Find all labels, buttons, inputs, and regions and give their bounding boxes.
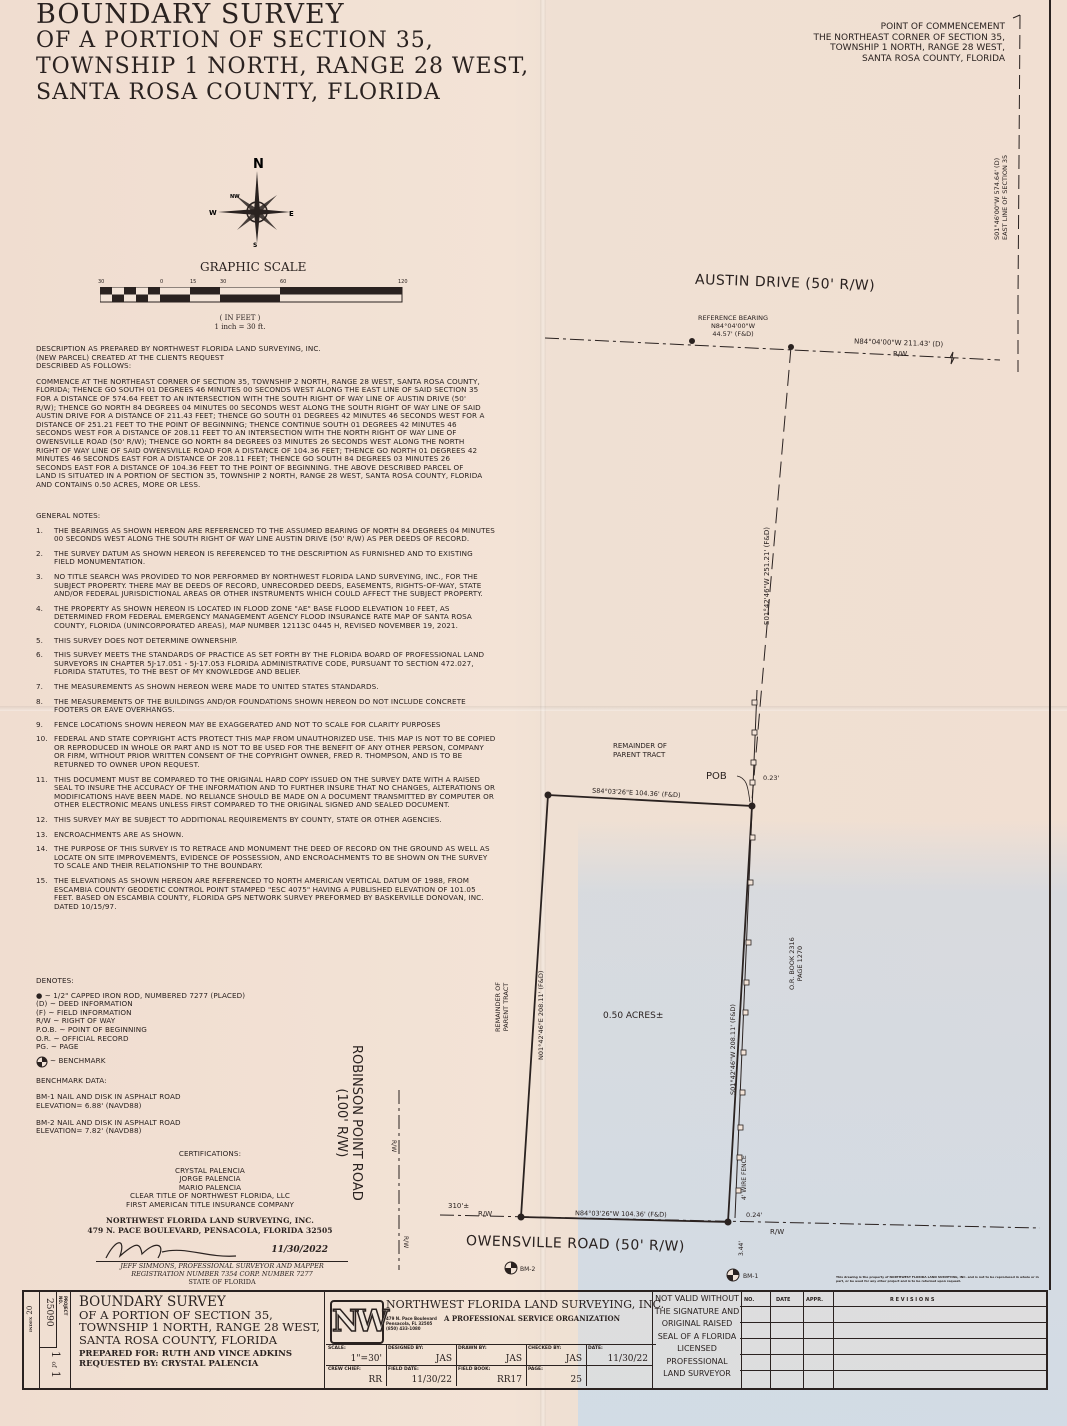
reference-bearing-title: REFERENCE BEARING: [698, 314, 768, 322]
sheet-total: 1: [49, 1371, 62, 1378]
firm-phone: (850) 433-1080: [386, 1326, 437, 1331]
fence-label: 4' WIRE FENCE: [741, 1155, 748, 1200]
or-book: O.R. BOOK 2316: [788, 937, 796, 990]
austin-rw-label: R/W: [893, 350, 907, 358]
distance-310-label: 310'±: [448, 1202, 469, 1210]
offset-bottom-label: 0.24': [746, 1211, 762, 1219]
firm-address: 479 N. Pace Boulevard Pensacola, FL 3250…: [386, 1316, 437, 1331]
reference-bearing-value: N84°04'00"W: [698, 322, 768, 330]
firm-subtitle: A PROFESSIONAL SERVICE ORGANIZATION: [444, 1314, 620, 1323]
offset-top-label: 0.23': [763, 774, 779, 782]
title-block-title: BOUNDARY SURVEY OF A PORTION OF SECTION …: [79, 1296, 320, 1369]
not-valid-line: LAND SURVEYOR: [653, 1368, 741, 1381]
revision-row: [740, 1292, 1046, 1307]
revision-row: [740, 1306, 1046, 1323]
robinson-rw-label-1: R/W: [390, 1140, 397, 1152]
not-valid-notice: NOT VALID WITHOUTTHE SIGNATURE ANDORIGIN…: [652, 1292, 742, 1389]
owensville-rw-label-west: R/W: [478, 1210, 492, 1218]
sheet-cell: 1 of 1: [39, 1347, 71, 1388]
remainder-parent-tract-west: REMAINDER OF PARENT TRACT: [494, 969, 510, 1045]
west-line-bearing: N01°42'46"E 208.11' (F&D): [537, 971, 545, 1060]
not-valid-line: LICENSED: [653, 1343, 741, 1356]
plat-drawing: [0, 0, 1067, 1290]
robinson-point-road-label: ROBINSON POINT ROAD (100' R/W): [334, 1045, 364, 1201]
crew-chief-field: CREW CHIEF:RR: [326, 1366, 387, 1386]
date-field: DATE:11/30/22: [586, 1345, 653, 1366]
sheet-of: of: [50, 1362, 57, 1368]
scale-field: SCALE:1"=30': [326, 1345, 387, 1366]
not-valid-line: SEAL OF A FLORIDA: [653, 1331, 741, 1344]
parcel-acreage: 0.50 ACRES±: [603, 1011, 663, 1021]
revision-row: [740, 1322, 1046, 1339]
page-field: PAGE:25: [526, 1366, 587, 1386]
drawn-by-field: DRAWN BY:JAS: [456, 1345, 527, 1366]
tb-title-3: TOWNSHIP 1 NORTH, RANGE 28 WEST,: [79, 1321, 320, 1334]
robinson-rw-label-2: R/W: [402, 1236, 409, 1248]
sheet-number: 1: [49, 1351, 62, 1358]
revision-row: [740, 1338, 1046, 1355]
not-valid-line: THE SIGNATURE AND: [653, 1306, 741, 1319]
pob-label: POB: [706, 771, 727, 782]
owensville-rw-label-east: R/W: [770, 1228, 784, 1236]
robinson-road-name: ROBINSON POINT ROAD: [349, 1045, 364, 1201]
checked-by-field: CHECKED BY:JAS: [526, 1345, 587, 1366]
or-page: PAGE 1270: [796, 937, 804, 990]
tb-title-4: SANTA ROSA COUNTY, FLORIDA: [79, 1334, 320, 1347]
sheet-count: 1 of 1: [49, 1351, 62, 1378]
not-valid-line: ORIGINAL RAISED: [653, 1318, 741, 1331]
tb-title-1: BOUNDARY SURVEY: [79, 1296, 320, 1309]
bm2-label: BM-2: [520, 1266, 535, 1273]
south-line-bearing: N84°03'26"W 104.36' (F&D): [575, 1209, 667, 1219]
field-book-field: FIELD BOOK:RR17: [456, 1366, 527, 1386]
divider: [324, 1292, 325, 1388]
east-line-bearing: S01°42'46"W 208.11' (F&D): [729, 1004, 737, 1095]
not-valid-line: PROFESSIONAL: [653, 1356, 741, 1369]
remainder-parent-tract-north: REMAINDER OF PARENT TRACT: [613, 742, 693, 759]
designed-by-field: DESIGNED BY:JAS: [386, 1345, 457, 1366]
field-date-field: FIELD DATE:11/30/22: [386, 1366, 457, 1386]
title-block: INDEX 20 25090 PROJECT NO. 1 of 1 BOUNDA…: [22, 1290, 1048, 1390]
drawing-metadata: SCALE:1"=30' DESIGNED BY:JAS DRAWN BY:JA…: [326, 1344, 656, 1387]
offset-3-label: 3.44': [738, 1241, 745, 1256]
reference-bearing-distance: 44.57' (F&D): [698, 330, 768, 338]
index-label: INDEX: [28, 1317, 33, 1332]
index-number: 20: [26, 1306, 34, 1315]
firm-name: NORTHWEST FLORIDA LAND SURVEYING, INC.: [386, 1298, 664, 1311]
project-label: PROJECT NO.: [58, 1296, 68, 1315]
firm-logo-icon: NW: [330, 1300, 384, 1344]
revision-row: [740, 1354, 1046, 1371]
approach-bearing-label: S01°42'46"W 251.21' (F&D): [763, 527, 771, 625]
robinson-road-rw: (100' R/W): [334, 1045, 349, 1201]
requested-by: REQUESTED BY: CRYSTAL PALENCIA: [79, 1359, 320, 1369]
or-book-label: O.R. BOOK 2316 PAGE 1270: [788, 937, 804, 990]
revisions-table: NO. DATE APPR. R E V I S I O N S: [740, 1292, 1046, 1388]
index-cell: INDEX 20: [24, 1292, 40, 1388]
project-label-cell: PROJECT NO.: [56, 1292, 71, 1347]
project-cell: 25090: [39, 1292, 57, 1348]
project-number: 25090: [44, 1298, 54, 1327]
copyright-note: This drawing is the property of NORTHWES…: [836, 1276, 1041, 1284]
bm1-label: BM-1: [743, 1273, 758, 1280]
benchmark-icon: [505, 1262, 739, 1281]
not-valid-line: NOT VALID WITHOUT: [653, 1293, 741, 1306]
reference-bearing: REFERENCE BEARING N84°04'00"W 44.57' (F&…: [698, 314, 768, 338]
index-value: INDEX 20: [26, 1306, 34, 1332]
prepared-for: PREPARED FOR: RUTH AND VINCE ADKINS: [79, 1349, 320, 1359]
